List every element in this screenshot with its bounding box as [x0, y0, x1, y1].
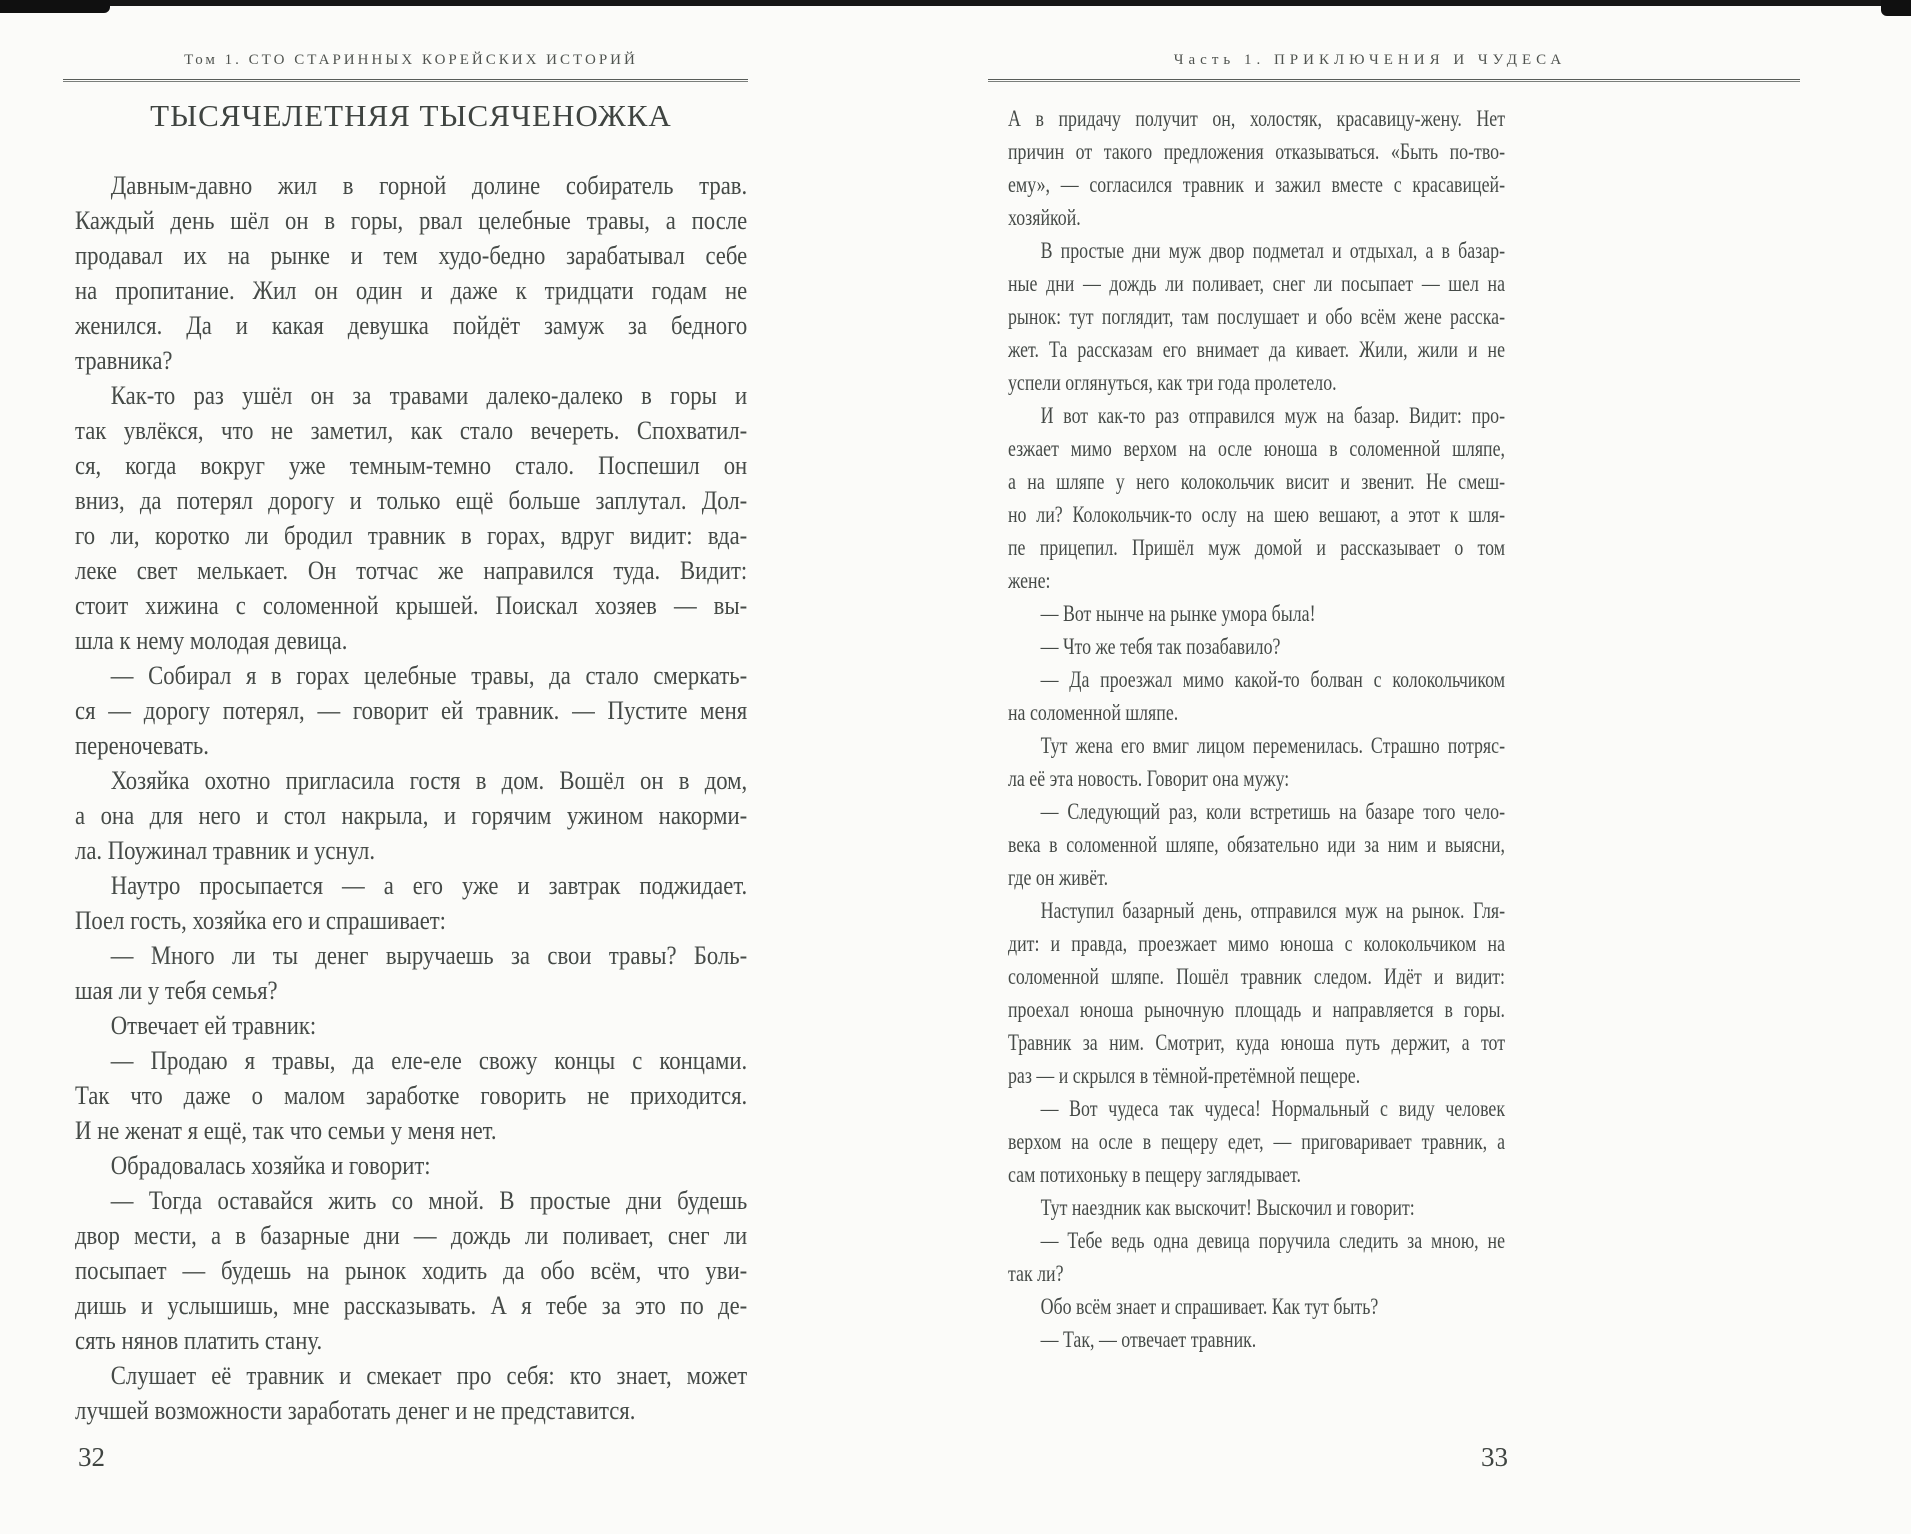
left-page-number: 32 [78, 1442, 105, 1473]
text-line: Травник за ним. Смотрит, куда юноша путь… [1008, 1026, 1505, 1059]
text-line: го ли, коротко ли бродил травник в горах… [75, 518, 747, 553]
text-line: на пропитание. Жил он один и даже к трид… [75, 273, 747, 308]
scan-edge-artifact-top-right [1881, 0, 1911, 16]
text-line: а она для него и стол накрыла, и горячим… [75, 798, 747, 833]
text-line: — Вот чудеса так чудеса! Нормальный с ви… [1008, 1092, 1505, 1125]
text-line: — Следующий раз, коли встретишь на базар… [1008, 795, 1505, 828]
text-line: переночевать. [75, 728, 747, 763]
paragraph: Как-то раз ушёл он за травами далеко-дал… [75, 378, 747, 658]
text-line: Отвечает ей травник: [75, 1008, 747, 1043]
text-line: Каждый день шёл он в горы, рвал целебные… [75, 203, 747, 238]
text-line: шая ли у тебя семья? [75, 973, 747, 1008]
paragraph: — Вот чудеса так чудеса! Нормальный с ви… [1008, 1092, 1505, 1191]
right-page-number: 33 [1408, 1442, 1508, 1473]
text-line: — Много ли ты денег выручаешь за свои тр… [75, 938, 747, 973]
text-line: на соломенной шляпе. [1008, 696, 1505, 729]
text-line: Так что даже о малом заработке говорить … [75, 1078, 747, 1113]
paragraph: Хозяйка охотно пригласила гостя в дом. В… [75, 763, 747, 868]
paragraph: — Так, — отвечает травник. [1008, 1323, 1505, 1356]
text-line: И не женат я ещё, так что семьи у меня н… [75, 1113, 747, 1148]
text-line: — Так, — отвечает травник. [1008, 1323, 1505, 1356]
text-line: хозяйкой. [1008, 201, 1505, 234]
text-line: В простые дни муж двор подметал и отдыха… [1008, 234, 1505, 267]
paragraph: — Следующий раз, коли встретишь на базар… [1008, 795, 1505, 894]
right-running-head: Часть 1. ПРИКЛЮЧЕНИЯ И ЧУДЕСА [1050, 52, 1690, 76]
text-line: Давным-давно жил в горной долине собират… [75, 168, 747, 203]
text-line: Тут наездник как выскочит! Выскочил и го… [1008, 1191, 1505, 1224]
paragraph: А в придачу получит он, холостяк, красав… [1008, 102, 1505, 234]
text-line: соломенной шляпе. Пошёл травник следом. … [1008, 960, 1505, 993]
paragraph: Слушает её травник и смекает про себя: к… [75, 1358, 747, 1428]
text-line: дит: и правда, проезжает мимо юноша с ко… [1008, 927, 1505, 960]
text-line: так увлёкся, что не заметил, как стало в… [75, 413, 747, 448]
text-line: леке свет мелькает. Он тотчас же направи… [75, 553, 747, 588]
text-line: сам потихоньку в пещеру заглядывает. [1008, 1158, 1505, 1191]
text-line: причин от такого предложения отказыватьс… [1008, 135, 1505, 168]
text-line: Поел гость, хозяйка его и спрашивает: [75, 903, 747, 938]
text-line: — Что же тебя так позабавило? [1008, 630, 1505, 663]
right-header-rule [988, 79, 1800, 82]
text-line: Слушает её травник и смекает про себя: к… [75, 1358, 747, 1393]
text-line: Наутро просыпается — а его уже и завтрак… [75, 868, 747, 903]
text-line: ла её эта новость. Говорит она мужу: [1008, 762, 1505, 795]
left-header-rule [63, 79, 748, 82]
text-line: сять нянов платить стану. [75, 1323, 747, 1358]
paragraph: Тут жена его вмиг лицом переменилась. Ст… [1008, 729, 1505, 795]
text-line: жене: [1008, 564, 1505, 597]
paragraph: Обрадовалась хозяйка и говорит: [75, 1148, 747, 1183]
left-running-head: Том 1. СТО СТАРИННЫХ КОРЕЙСКИХ ИСТОРИЙ [75, 52, 747, 76]
paragraph: Тут наездник как выскочит! Выскочил и го… [1008, 1191, 1505, 1224]
text-line: — Собирал я в горах целебные травы, да с… [75, 658, 747, 693]
paragraph: В простые дни муж двор подметал и отдыха… [1008, 234, 1505, 399]
text-line: — Тебе ведь одна девица поручила следить… [1008, 1224, 1505, 1257]
paragraph: — Собирал я в горах целебные травы, да с… [75, 658, 747, 763]
text-line: ла. Поужинал травник и уснул. [75, 833, 747, 868]
paragraph: — Вот нынче на рынке умора была! [1008, 597, 1505, 630]
text-line: верхом на осле в пещеру едет, — приговар… [1008, 1125, 1505, 1158]
text-line: пе прицепил. Пришёл муж домой и рассказы… [1008, 531, 1505, 564]
paragraph: Обо всём знает и спрашивает. Как тут быт… [1008, 1290, 1505, 1323]
paragraph: Наступил базарный день, отправился муж н… [1008, 894, 1505, 1092]
text-line: ему», — согласился травник и зажил вмест… [1008, 168, 1505, 201]
paragraph: — Много ли ты денег выручаешь за свои тр… [75, 938, 747, 1008]
scan-edge-artifact-top-left [0, 0, 110, 13]
paragraph: И вот как-то раз отправился муж на базар… [1008, 399, 1505, 597]
text-line: века в соломенной шляпе, обязательно иди… [1008, 828, 1505, 861]
text-line: но ли? Колокольчик-то ослу на шею вешают… [1008, 498, 1505, 531]
right-body-text: А в придачу получит он, холостяк, красав… [1008, 102, 1505, 1356]
text-line: двор мести, а в базарные дни — дождь ли … [75, 1218, 747, 1253]
left-body-text: Давным-давно жил в горной долине собират… [75, 168, 747, 1428]
paragraph: — Да проезжал мимо какой-то болван с кол… [1008, 663, 1505, 729]
text-line: лучшей возможности заработать денег и не… [75, 1393, 747, 1428]
paragraph: Наутро просыпается — а его уже и завтрак… [75, 868, 747, 938]
text-line: рынок: тут поглядит, там послушает и обо… [1008, 300, 1505, 333]
text-line: Обрадовалась хозяйка и говорит: [75, 1148, 747, 1183]
text-line: ся, когда вокруг уже темным-темно стало.… [75, 448, 747, 483]
text-line: ные дни — дождь ли поливает, снег ли пос… [1008, 267, 1505, 300]
scan-edge-artifact-top [0, 0, 1911, 6]
text-line: — Вот нынче на рынке умора была! [1008, 597, 1505, 630]
text-line: дишь и услышишь, мне рассказывать. А я т… [75, 1288, 747, 1323]
paragraph: — Продаю я травы, да еле-еле свожу концы… [75, 1043, 747, 1148]
text-line: травника? [75, 343, 747, 378]
text-line: Как-то раз ушёл он за травами далеко-дал… [75, 378, 747, 413]
text-line: — Продаю я травы, да еле-еле свожу концы… [75, 1043, 747, 1078]
text-line: ся — дорогу потерял, — говорит ей травни… [75, 693, 747, 728]
text-line: Хозяйка охотно пригласила гостя в дом. В… [75, 763, 747, 798]
text-line: посыпает — будешь на рынок ходить да обо… [75, 1253, 747, 1288]
text-line: стоит хижина с соломенной крышей. Поиска… [75, 588, 747, 623]
text-line: Обо всём знает и спрашивает. Как тут быт… [1008, 1290, 1505, 1323]
text-line: А в придачу получит он, холостяк, красав… [1008, 102, 1505, 135]
text-line: — Тогда оставайся жить со мной. В просты… [75, 1183, 747, 1218]
text-line: жет. Та рассказам его внимает да кивает.… [1008, 333, 1505, 366]
text-line: Тут жена его вмиг лицом переменилась. Ст… [1008, 729, 1505, 762]
text-line: шла к нему молодая девица. [75, 623, 747, 658]
text-line: а на шляпе у него колокольчик висит и зв… [1008, 465, 1505, 498]
paragraph: — Тебе ведь одна девица поручила следить… [1008, 1224, 1505, 1290]
text-line: — Да проезжал мимо какой-то болван с кол… [1008, 663, 1505, 696]
text-line: Наступил базарный день, отправился муж н… [1008, 894, 1505, 927]
text-line: так ли? [1008, 1257, 1505, 1290]
text-line: женился. Да и какая девушка пойдёт замуж… [75, 308, 747, 343]
text-line: продавал их на рынке и тем худо-бедно за… [75, 238, 747, 273]
paragraph: — Что же тебя так позабавило? [1008, 630, 1505, 663]
text-line: вниз, да потерял дорогу и только ещё бол… [75, 483, 747, 518]
paragraph: Отвечает ей травник: [75, 1008, 747, 1043]
paragraph: Давным-давно жил в горной долине собират… [75, 168, 747, 378]
text-line: раз — и скрылся в тёмной-претёмной пещер… [1008, 1059, 1505, 1092]
text-line: успели оглянуться, как три года пролетел… [1008, 366, 1505, 399]
text-line: езжает мимо верхом на осле юноша в солом… [1008, 432, 1505, 465]
paragraph: — Тогда оставайся жить со мной. В просты… [75, 1183, 747, 1358]
text-line: И вот как-то раз отправился муж на базар… [1008, 399, 1505, 432]
story-title: ТЫСЯЧЕЛЕТНЯЯ ТЫСЯЧЕНОЖКА [75, 98, 747, 134]
text-line: проехал юноша рыночную площадь и направл… [1008, 993, 1505, 1026]
text-line: где он живёт. [1008, 861, 1505, 894]
